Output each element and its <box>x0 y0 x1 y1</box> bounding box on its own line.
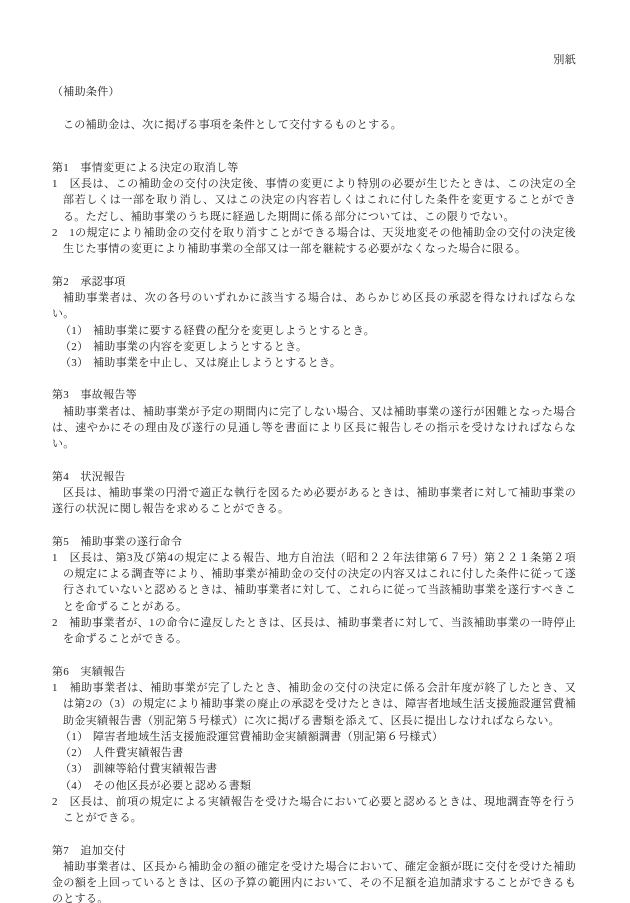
section: 第4 状況報告区長は、補助事業の円滑で適正な執行を図るため必要があるときは、補助… <box>52 469 576 518</box>
numbered-paragraph: 2 補助事業者が、1の命令に違反したときは、区長は、補助事業者に対して、当該補助… <box>52 615 576 648</box>
section-heading: 第2 承認事項 <box>52 274 576 290</box>
document-title: （補助条件） <box>52 84 576 100</box>
list-item: （1）補助事業に要する経費の配分を変更しようとするとき。 <box>52 323 576 339</box>
section: 第2 承認事項補助事業者は、次の各号のいずれかに該当する場合は、あらかじめ区長の… <box>52 274 576 372</box>
list-item: （4）その他区長が必要と認める書類 <box>52 778 576 794</box>
item-number: （1） <box>60 729 93 745</box>
numbered-paragraph: 1 区長は、第3及び第4の規定による報告、地方自治法（昭和２２年法律第６７号）第… <box>52 550 576 615</box>
paragraph: 補助事業者は、次の各号のいずれかに該当する場合は、あらかじめ区長の承認を得なけれ… <box>52 290 576 323</box>
item-text: その他区長が必要と認める書類 <box>93 780 251 792</box>
item-text: 補助事業の内容を変更しようとするとき。 <box>93 341 307 353</box>
section: 第3 事故報告等補助事業者は、補助事業が予定の期間内に完了しない場合、又は補助事… <box>52 387 576 452</box>
section-heading: 第6 実績報告 <box>52 664 576 680</box>
item-text: 補助事業を中止し、又は廃止しようとするとき。 <box>93 357 341 369</box>
item-text: 人件費実績報告書 <box>93 747 183 759</box>
section-heading: 第3 事故報告等 <box>52 387 576 403</box>
corner-label: 別紙 <box>52 52 576 68</box>
paragraph: 補助事業者は、区長から補助金の額の確定を受けた場合において、確定金額が既に交付を… <box>52 859 576 903</box>
document-intro: この補助金は、次に掲げる事項を条件として交付するものとする。 <box>52 117 576 133</box>
sections-container: 第1 事情変更による決定の取消し等1 区長は、この補助金の交付の決定後、事情の変… <box>52 160 576 903</box>
item-text: 障害者地域生活支援施設運営費補助金実績額調書（別記第６号様式） <box>93 731 443 743</box>
list-item: （3）訓練等給付費実績報告書 <box>52 761 576 777</box>
section: 第1 事情変更による決定の取消し等1 区長は、この補助金の交付の決定後、事情の変… <box>52 160 576 258</box>
numbered-paragraph: 1 区長は、この補助金の交付の決定後、事情の変更により特別の必要が生じたときは、… <box>52 176 576 225</box>
item-number: （1） <box>60 323 93 339</box>
section: 第5 補助事業の遂行命令1 区長は、第3及び第4の規定による報告、地方自治法（昭… <box>52 534 576 648</box>
item-number: （4） <box>60 778 93 794</box>
paragraph: 区長は、補助事業の円滑で適正な執行を図るため必要があるときは、補助事業者に対して… <box>52 485 576 518</box>
item-text: 訓練等給付費実績報告書 <box>93 763 217 775</box>
section-heading: 第4 状況報告 <box>52 469 576 485</box>
list-item: （3）補助事業を中止し、又は廃止しようとするとき。 <box>52 355 576 371</box>
list-item: （2）補助事業の内容を変更しようとするとき。 <box>52 339 576 355</box>
item-number: （2） <box>60 745 93 761</box>
section: 第6 実績報告1 補助事業者は、補助事業が完了したとき、補助金の交付の決定に係る… <box>52 664 576 827</box>
document-page: 別紙 （補助条件） この補助金は、次に掲げる事項を条件として交付するものとする。… <box>0 0 630 903</box>
numbered-paragraph: 1 補助事業者は、補助事業が完了したとき、補助金の交付の決定に係る会計年度が終了… <box>52 680 576 729</box>
paragraph: 補助事業者は、補助事業が予定の期間内に完了しない場合、又は補助事業の遂行が困難と… <box>52 404 576 453</box>
section-heading: 第1 事情変更による決定の取消し等 <box>52 160 576 176</box>
item-number: （2） <box>60 339 93 355</box>
numbered-paragraph: 2 区長は、前項の規定による実績報告を受けた場合において必要と認めるときは、現地… <box>52 794 576 827</box>
item-number: （3） <box>60 355 93 371</box>
list-item: （2）人件費実績報告書 <box>52 745 576 761</box>
section-heading: 第5 補助事業の遂行命令 <box>52 534 576 550</box>
item-number: （3） <box>60 761 93 777</box>
section: 第7 追加交付補助事業者は、区長から補助金の額の確定を受けた場合において、確定金… <box>52 843 576 903</box>
item-text: 補助事業に要する経費の配分を変更しようとするとき。 <box>93 325 375 337</box>
list-item: （1）障害者地域生活支援施設運営費補助金実績額調書（別記第６号様式） <box>52 729 576 745</box>
numbered-paragraph: 2 1の規定により補助金の交付を取り消すことができる場合は、天災地変その他補助金… <box>52 225 576 258</box>
section-heading: 第7 追加交付 <box>52 843 576 859</box>
